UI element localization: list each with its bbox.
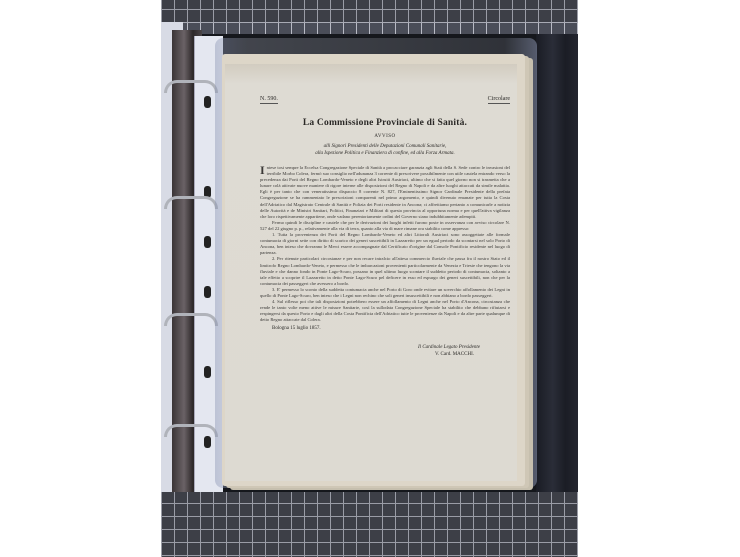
document-body: Intese tosi sempre la Eccelsa Congregazi… [260,165,510,323]
binder-ring-icon [164,424,218,437]
document-number: N. 590. [260,96,278,104]
binder-ring-icon [164,313,218,326]
signature-name: V. Card. MACCHI. [260,352,510,357]
paragraph: 3. E' permesso lo sconto della suddetta … [260,287,510,299]
document-content: N. 590. Circolare La Commissione Provinc… [260,96,510,357]
drop-cap: I [260,165,265,175]
punch-hole [204,436,211,448]
document-type: Circolare [488,96,510,104]
paragraph: ntese tosi sempre la Eccelsa Congregazio… [260,165,510,219]
binder-ring-icon [164,196,218,209]
address-line-2: alla Ispezione Politica e Finanziera di … [260,150,510,157]
signature-title: Il Cardinale Legato Presidente [260,345,510,350]
document-address: alli Signori Presidenti delle Deputazion… [260,143,510,157]
document-header: N. 590. Circolare [260,96,510,104]
paragraph: 4. Sul riflesso poi che tali disposizion… [260,299,510,323]
address-line-1: alli Signori Presidenti delle Deputazion… [260,143,510,150]
paragraph: 1. Tutta la provenienza dei Porti del Re… [260,232,510,256]
paragraph: Fermo quindi le discipline e cautele che… [260,220,510,232]
punch-hole [204,366,211,378]
document-date: Bologna 15 luglio 1857. [260,326,510,331]
document-heading: AVVISO [260,134,510,139]
punch-hole [204,286,211,298]
punch-hole [204,236,211,248]
binder-right-edge [536,34,578,492]
paragraph: 2. Per ritenute particolari circostanze … [260,256,510,286]
document-title: La Commissione Provinciale di Sanità. [260,118,510,128]
punch-hole [204,96,211,108]
binder-ring-icon [164,80,218,93]
